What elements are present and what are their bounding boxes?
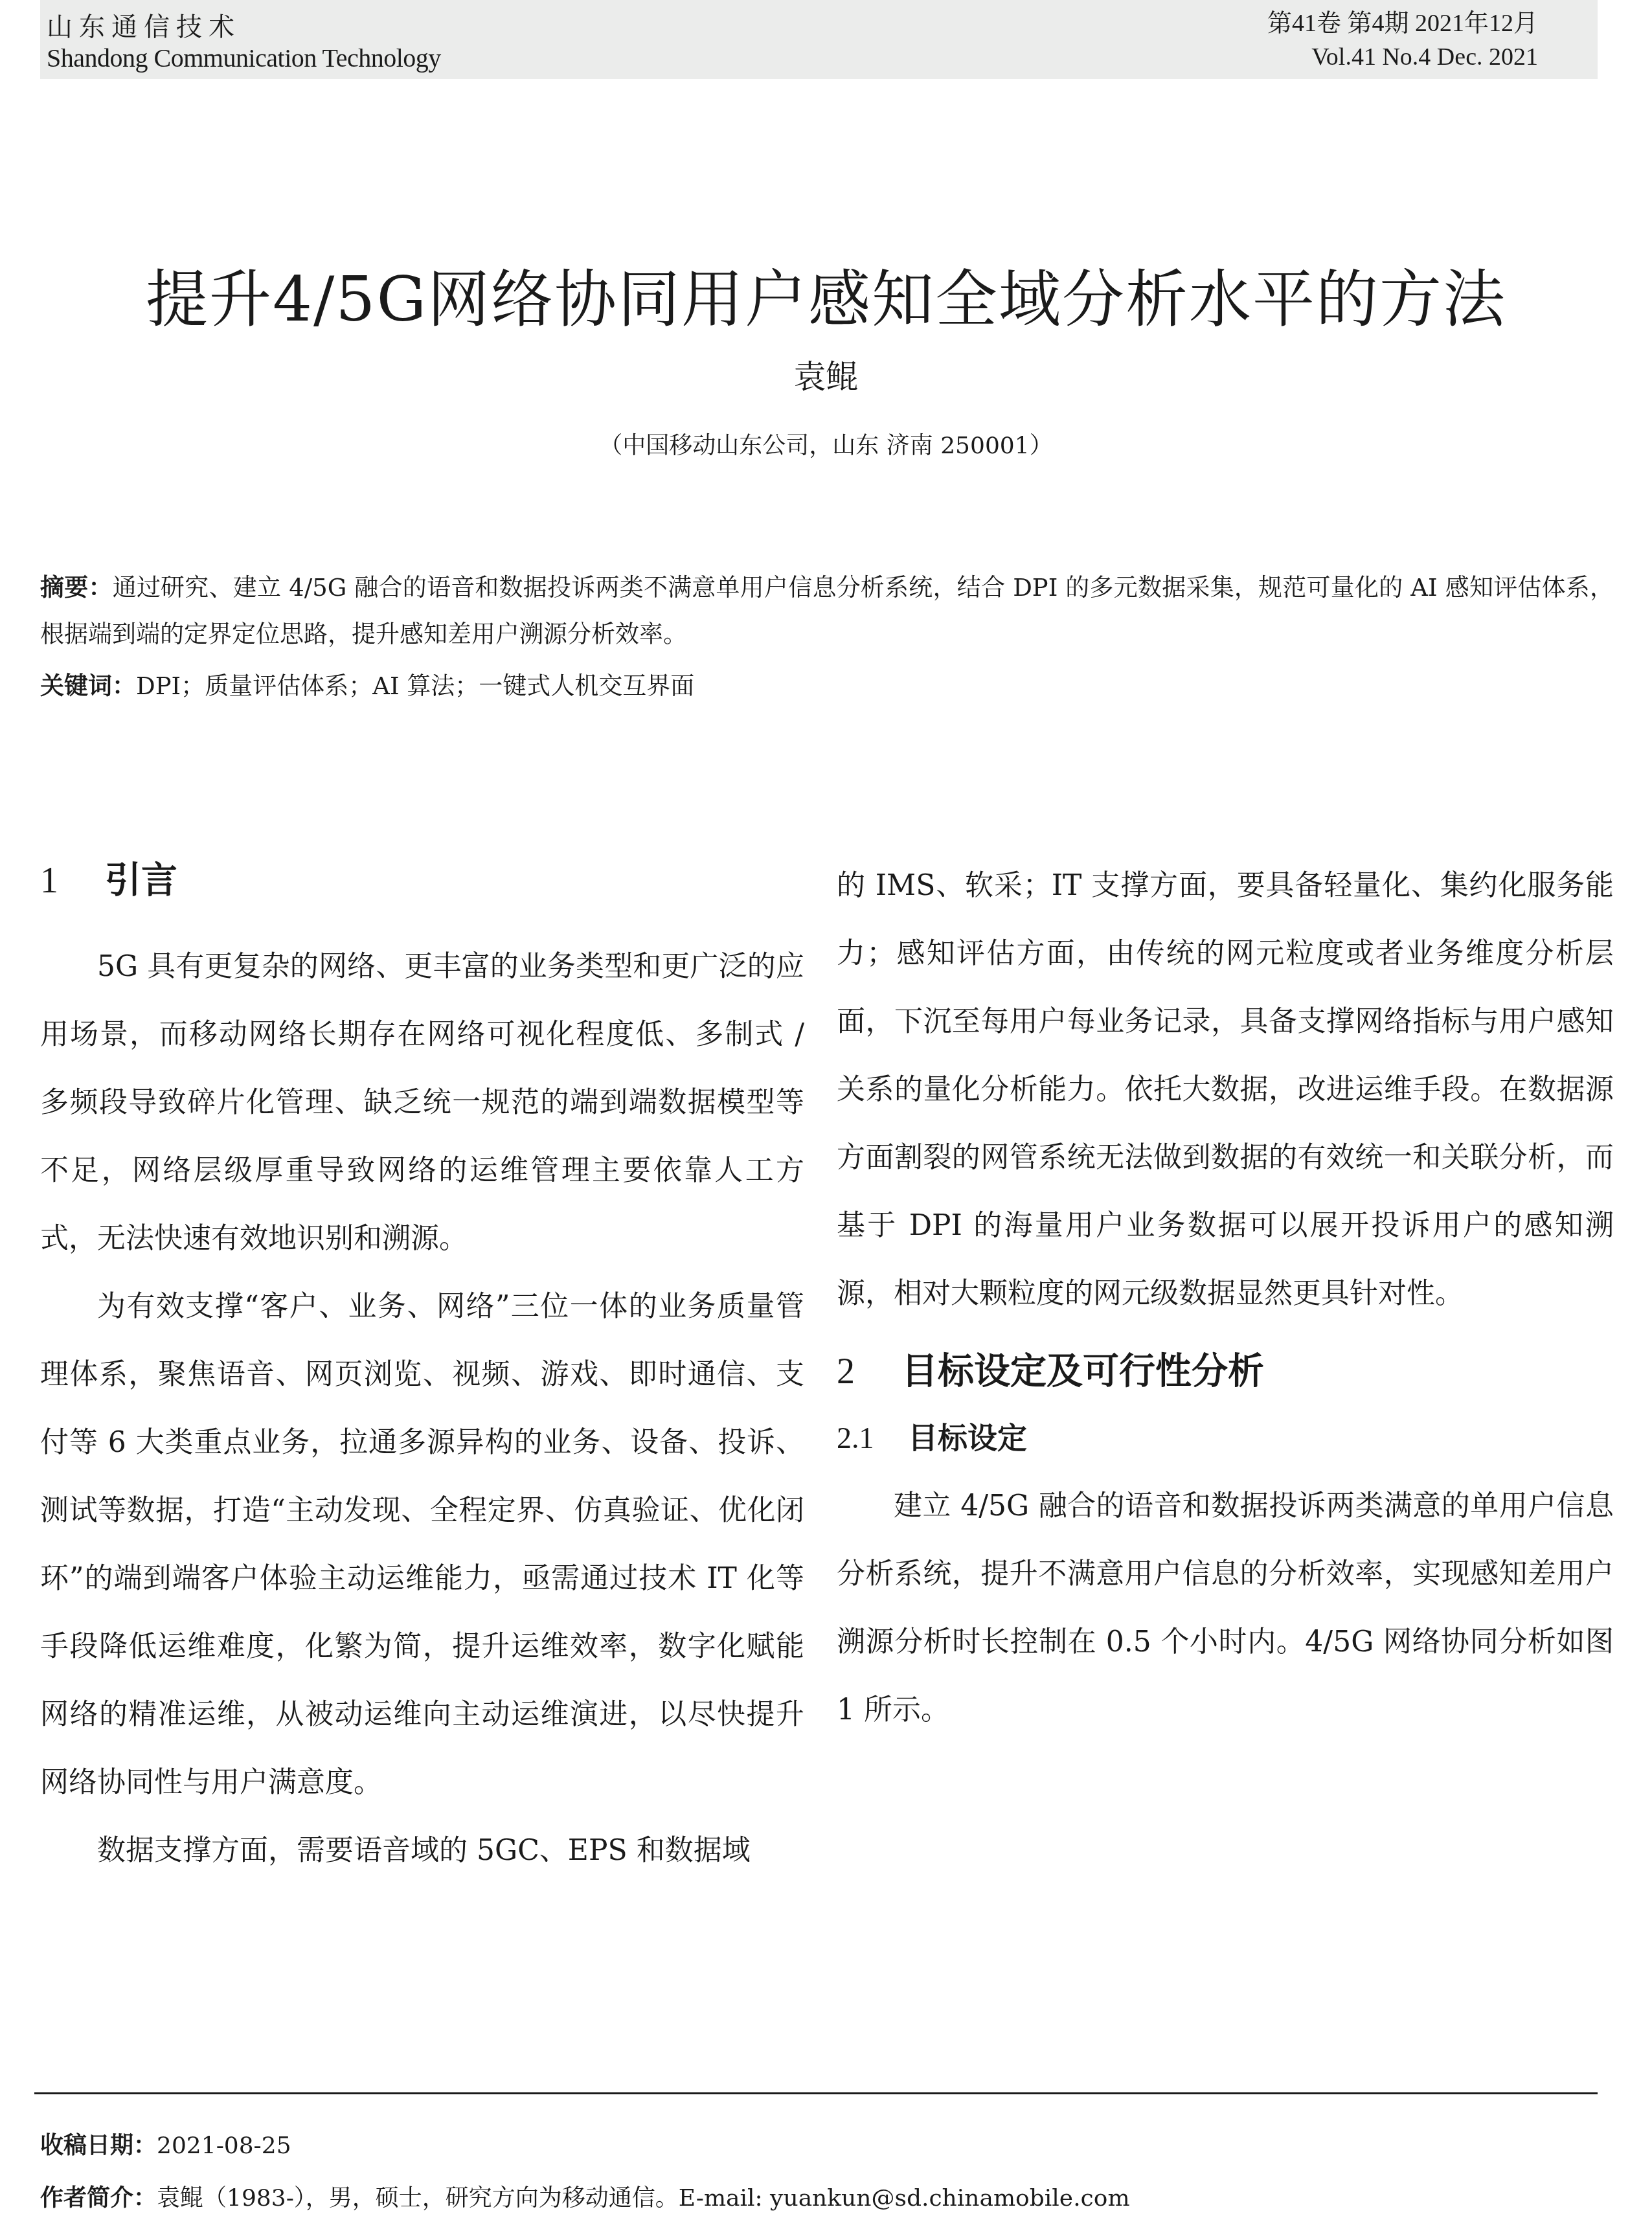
section-1-paragraph: 数据支撑方面，需要语音域的 5GC、EPS 和数据域 <box>40 1816 804 1884</box>
keywords-text: DPI；质量评估体系；AI 算法；一键式人机交互界面 <box>136 672 694 700</box>
author-name: 袁鲲 <box>0 357 1652 396</box>
journal-name-en: Shandong Communication Technology <box>47 44 441 73</box>
subsection-2-1-number: 2.1 <box>837 1404 908 1472</box>
footnote-divider <box>34 2092 1598 2094</box>
subsection-2-1-paragraph: 建立 4/5G 融合的语音和数据投诉两类满意的单用户信息分析系统，提升不满意用户… <box>837 1472 1614 1744</box>
section-1-title: 引言 <box>105 859 177 901</box>
journal-name-cn: 山东通信技术 <box>47 13 241 41</box>
author-bio-label: 作者简介： <box>40 2185 157 2212</box>
article-title: 提升4/5G网络协同用户感知全域分析水平的方法 <box>0 260 1652 338</box>
section-1-number: 1 <box>40 848 105 913</box>
left-column: 1引言 5G 具有更复杂的网络、更丰富的业务类型和更广泛的应用场景，而移动网络长… <box>40 848 804 1884</box>
author-bio-note: 作者简介：袁鲲（1983-），男，硕士，研究方向为移动通信。E-mail: yu… <box>40 2183 1614 2214</box>
abstract-label: 摘要： <box>40 574 113 602</box>
keywords-label: 关键词： <box>40 672 136 700</box>
abstract: 摘要：通过研究、建立 4/5G 融合的语音和数据投诉两类不满意单用户信息分析系统… <box>40 565 1614 658</box>
abstract-text: 通过研究、建立 4/5G 融合的语音和数据投诉两类不满意单用户信息分析系统，结合… <box>40 574 1614 648</box>
received-date-value: 2021-08-25 <box>157 2133 291 2159</box>
author-affiliation: （中国移动山东公司，山东 济南 250001） <box>0 431 1652 462</box>
subsection-2-1-title: 目标设定 <box>908 1420 1027 1455</box>
section-1-paragraph: 为有效支撑“客户、业务、网络”三位一体的业务质量管理体系，聚焦语音、网页浏览、视… <box>40 1273 804 1816</box>
section-1-heading: 1引言 <box>40 848 804 913</box>
subsection-2-1-heading: 2.1目标设定 <box>837 1404 1614 1472</box>
section-2-heading: 2目标设定及可行性分析 <box>837 1339 1614 1404</box>
received-date-note: 收稿日期：2021-08-25 <box>40 2131 1614 2162</box>
issue-info-cn: 第41卷 第4期 2021年12月 <box>1267 9 1538 38</box>
keywords: 关键词：DPI；质量评估体系；AI 算法；一键式人机交互界面 <box>40 667 1614 706</box>
issue-info-en: Vol.41 No.4 Dec. 2021 <box>1311 43 1538 71</box>
section-2-title: 目标设定及可行性分析 <box>901 1350 1264 1392</box>
received-date-label: 收稿日期： <box>40 2133 157 2159</box>
section-1-paragraph-continued: 的 IMS、软采；IT 支撑方面，要具备轻量化、集约化服务能力；感知评估方面，由… <box>837 852 1614 1328</box>
right-column: 的 IMS、软采；IT 支撑方面，要具备轻量化、集约化服务能力；感知评估方面，由… <box>837 852 1614 1744</box>
section-2-number: 2 <box>837 1339 901 1404</box>
author-bio-text: 袁鲲（1983-），男，硕士，研究方向为移动通信。E-mail: yuankun… <box>157 2185 1130 2212</box>
section-1-paragraph: 5G 具有更复杂的网络、更丰富的业务类型和更广泛的应用场景，而移动网络长期存在网… <box>40 933 804 1273</box>
